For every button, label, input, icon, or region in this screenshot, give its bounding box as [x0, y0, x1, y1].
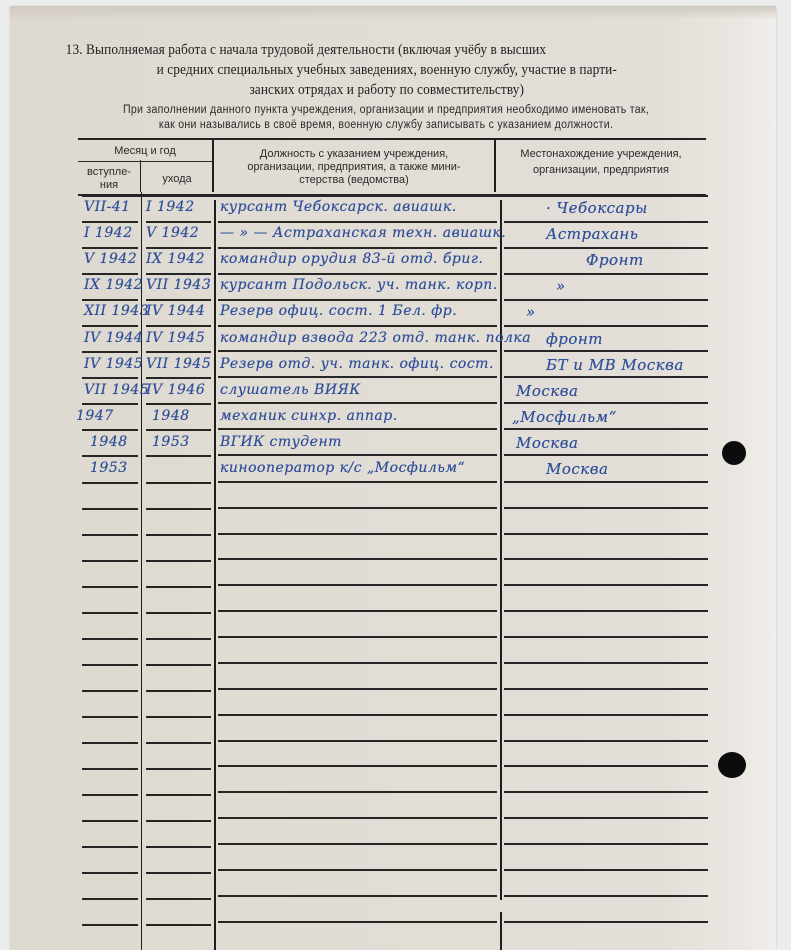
header-vline-1 [140, 160, 141, 192]
row-rule [146, 586, 211, 588]
row-rule [218, 376, 497, 378]
row-rule [82, 664, 138, 666]
row-rule [146, 612, 211, 614]
row-rule [146, 560, 211, 562]
row-rule [146, 508, 211, 510]
entry-end: VII 1945 [146, 356, 211, 372]
section-heading: 13. Выполняемая работа с начала трудовой… [62, 40, 712, 100]
row-rule [82, 221, 138, 223]
row-rule [146, 403, 211, 405]
row-rule [218, 584, 497, 586]
entry-position: кинооператор к/с „Мосфильм“ [220, 460, 465, 476]
row-rule [218, 895, 497, 897]
row-rule [504, 714, 708, 716]
entry-end: IV 1945 [146, 330, 205, 346]
entry-start: V 1942 [84, 251, 137, 267]
row-rule [146, 638, 211, 640]
row-rule [218, 402, 497, 404]
entry-end: IX 1942 [146, 251, 205, 267]
row-rule [218, 325, 497, 327]
entry-location: Москва [546, 460, 608, 478]
row-rule [146, 299, 211, 301]
header-vline-2 [212, 140, 214, 192]
row-rule [504, 350, 708, 352]
entry-start: 1947 [76, 408, 114, 424]
entry-start: IX 1942 [84, 277, 143, 293]
row-rule [146, 325, 211, 327]
row-rule [218, 765, 497, 767]
entry-start: VII-41 [84, 199, 131, 215]
heading-line-3: занских отрядах и работу по совместитель… [62, 80, 712, 100]
row-rule [146, 716, 211, 718]
row-rule [82, 377, 138, 379]
header-position-l3: стерства (ведомства) [214, 174, 494, 187]
header-start: вступле- ния [78, 166, 140, 192]
header-position: Должность с указанием учреждения, органи… [214, 148, 494, 187]
entry-start: VII 1945 [84, 382, 149, 398]
header-start-l1: вступле- [78, 166, 140, 179]
row-rule [218, 714, 497, 716]
body-vline-3b [500, 912, 502, 950]
row-rule [504, 765, 708, 767]
row-rule [146, 898, 211, 900]
row-rule [504, 273, 708, 275]
header-bottom-rule [82, 195, 708, 197]
entry-position: ВГИК студент [220, 434, 342, 450]
row-rule [218, 817, 497, 819]
header-month-year: Месяц и год [78, 145, 212, 158]
row-rule [504, 454, 708, 456]
entry-location: · Чебоксары [546, 199, 648, 217]
entry-end: VII 1943 [146, 277, 211, 293]
row-rule [82, 534, 138, 536]
row-rule [82, 586, 138, 588]
row-rule [218, 481, 497, 483]
entry-start: 1948 [90, 434, 128, 450]
row-rule [504, 843, 708, 845]
entry-position: курсант Подольск. уч. танк. корп. [220, 277, 498, 293]
row-rule [82, 455, 138, 457]
row-rule [218, 921, 497, 923]
row-rule [504, 481, 708, 483]
row-rule [504, 688, 708, 690]
row-rule [146, 221, 211, 223]
row-rule [146, 742, 211, 744]
body-vline-3 [500, 200, 502, 900]
row-rule [82, 768, 138, 770]
row-rule [82, 872, 138, 874]
heading-line-1: 13. Выполняемая работа с начала трудовой… [62, 40, 712, 60]
row-rule [82, 924, 138, 926]
entry-position: механик синхр. аппар. [220, 408, 398, 424]
row-rule [82, 273, 138, 275]
row-rule [146, 482, 211, 484]
row-rule [504, 869, 708, 871]
row-rule [82, 560, 138, 562]
entry-position: — » — Астраханская техн. авиашк. [220, 225, 506, 241]
row-rule [146, 247, 211, 249]
row-rule [218, 507, 497, 509]
row-rule [82, 820, 138, 822]
entry-end: I 1942 [146, 199, 195, 215]
row-rule [218, 558, 497, 560]
row-rule [82, 351, 138, 353]
entry-location: фронт [546, 330, 603, 348]
row-rule [146, 794, 211, 796]
row-rule [82, 794, 138, 796]
row-rule [504, 247, 708, 249]
row-rule [82, 898, 138, 900]
row-rule [82, 299, 138, 301]
row-rule [82, 429, 138, 431]
entry-end: IV 1946 [146, 382, 205, 398]
row-rule [146, 664, 211, 666]
entry-location: „Мосфильм“ [512, 408, 617, 426]
entry-end: 1953 [152, 434, 190, 450]
row-rule [82, 612, 138, 614]
row-rule [146, 351, 211, 353]
punch-hole-2 [718, 752, 746, 778]
entry-position: Резерв отд. уч. танк. офиц. сост. [220, 356, 494, 372]
row-rule [218, 428, 497, 430]
fill-instructions: При заполнении данного пункта учреждения… [64, 103, 708, 133]
row-rule [218, 221, 497, 223]
row-rule [146, 846, 211, 848]
row-rule [504, 817, 708, 819]
row-rule [504, 662, 708, 664]
heading-line-2: и средних специальных учебных заведениях… [62, 60, 712, 80]
row-rule [146, 768, 211, 770]
entry-end: IV 1944 [146, 303, 205, 319]
row-rule [218, 610, 497, 612]
header-position-l1: Должность с указанием учреждения, [214, 148, 494, 161]
table-header: Месяц и год вступле- ния ухода Должность… [78, 138, 706, 196]
entry-end: 1948 [152, 408, 190, 424]
row-rule [504, 428, 708, 430]
entry-end: V 1942 [146, 225, 199, 241]
note-line-2: как они назывались в своё время, военную… [64, 118, 708, 133]
row-rule [82, 716, 138, 718]
row-rule [82, 508, 138, 510]
row-rule [82, 325, 138, 327]
row-rule [82, 403, 138, 405]
row-rule [218, 533, 497, 535]
body-vline-2 [214, 200, 216, 950]
row-rule [504, 584, 708, 586]
row-rule [504, 325, 708, 327]
row-rule [146, 820, 211, 822]
row-rule [146, 872, 211, 874]
row-rule [82, 690, 138, 692]
row-rule [504, 791, 708, 793]
entry-start: IV 1944 [84, 330, 143, 346]
entry-position: Резерв офиц. сост. 1 Бел. фр. [220, 303, 457, 319]
row-rule [218, 273, 497, 275]
row-rule [504, 533, 708, 535]
entry-start: IV 1945 [84, 356, 143, 372]
row-rule [146, 534, 211, 536]
row-rule [218, 869, 497, 871]
row-rule [82, 846, 138, 848]
row-rule [218, 740, 497, 742]
entry-position: слушатель ВИЯК [220, 382, 361, 398]
entry-position: командир взвода 223 отд. танк. полка [220, 330, 531, 346]
row-rule [504, 558, 708, 560]
header-divider [78, 161, 212, 162]
punch-hole-1 [722, 441, 746, 465]
row-rule [218, 299, 497, 301]
header-location-l2: организации, предприятия [496, 164, 706, 177]
row-rule [504, 895, 708, 897]
row-rule [146, 455, 211, 457]
row-rule [504, 507, 708, 509]
entry-location: Москва [516, 434, 578, 452]
row-rule [146, 273, 211, 275]
row-rule [504, 921, 708, 923]
row-rule [82, 638, 138, 640]
row-rule [504, 221, 708, 223]
row-rule [218, 791, 497, 793]
header-location-l1: Местонахождение учреждения, [496, 148, 706, 161]
row-rule [504, 376, 708, 378]
row-rule [218, 636, 497, 638]
row-rule [218, 454, 497, 456]
row-rule [504, 299, 708, 301]
row-rule [82, 742, 138, 744]
entry-start: I 1942 [84, 225, 133, 241]
entry-location: » [556, 277, 566, 295]
row-rule [218, 350, 497, 352]
row-rule [504, 740, 708, 742]
entry-position: курсант Чебоксарск. авиашк. [220, 199, 457, 215]
header-end: ухода [142, 173, 212, 186]
entry-location: » [526, 303, 536, 321]
entry-position: командир орудия 83-й отд. бриг. [220, 251, 483, 267]
row-rule [504, 402, 708, 404]
row-rule [82, 247, 138, 249]
row-rule [218, 843, 497, 845]
entry-location: Фронт [586, 251, 644, 269]
row-rule [146, 429, 211, 431]
entry-location: Москва [516, 382, 578, 400]
row-rule [218, 662, 497, 664]
row-rule [82, 482, 138, 484]
row-rule [146, 377, 211, 379]
row-rule [146, 924, 211, 926]
row-rule [146, 690, 211, 692]
row-rule [504, 636, 708, 638]
note-line-1: При заполнении данного пункта учреждения… [64, 103, 708, 118]
header-start-l2: ния [78, 179, 140, 192]
entry-location: БТ и МВ Москва [546, 356, 684, 374]
header-location: Местонахождение учреждения, организации,… [496, 148, 706, 177]
entry-start: 1953 [90, 460, 128, 476]
row-rule [218, 247, 497, 249]
header-position-l2: организации, предприятия, а также мини- [214, 161, 494, 174]
entry-start: XII 1943 [84, 303, 149, 319]
header-vline-3 [494, 140, 496, 192]
row-rule [218, 688, 497, 690]
row-rule [504, 610, 708, 612]
entry-location: Астрахань [546, 225, 638, 243]
